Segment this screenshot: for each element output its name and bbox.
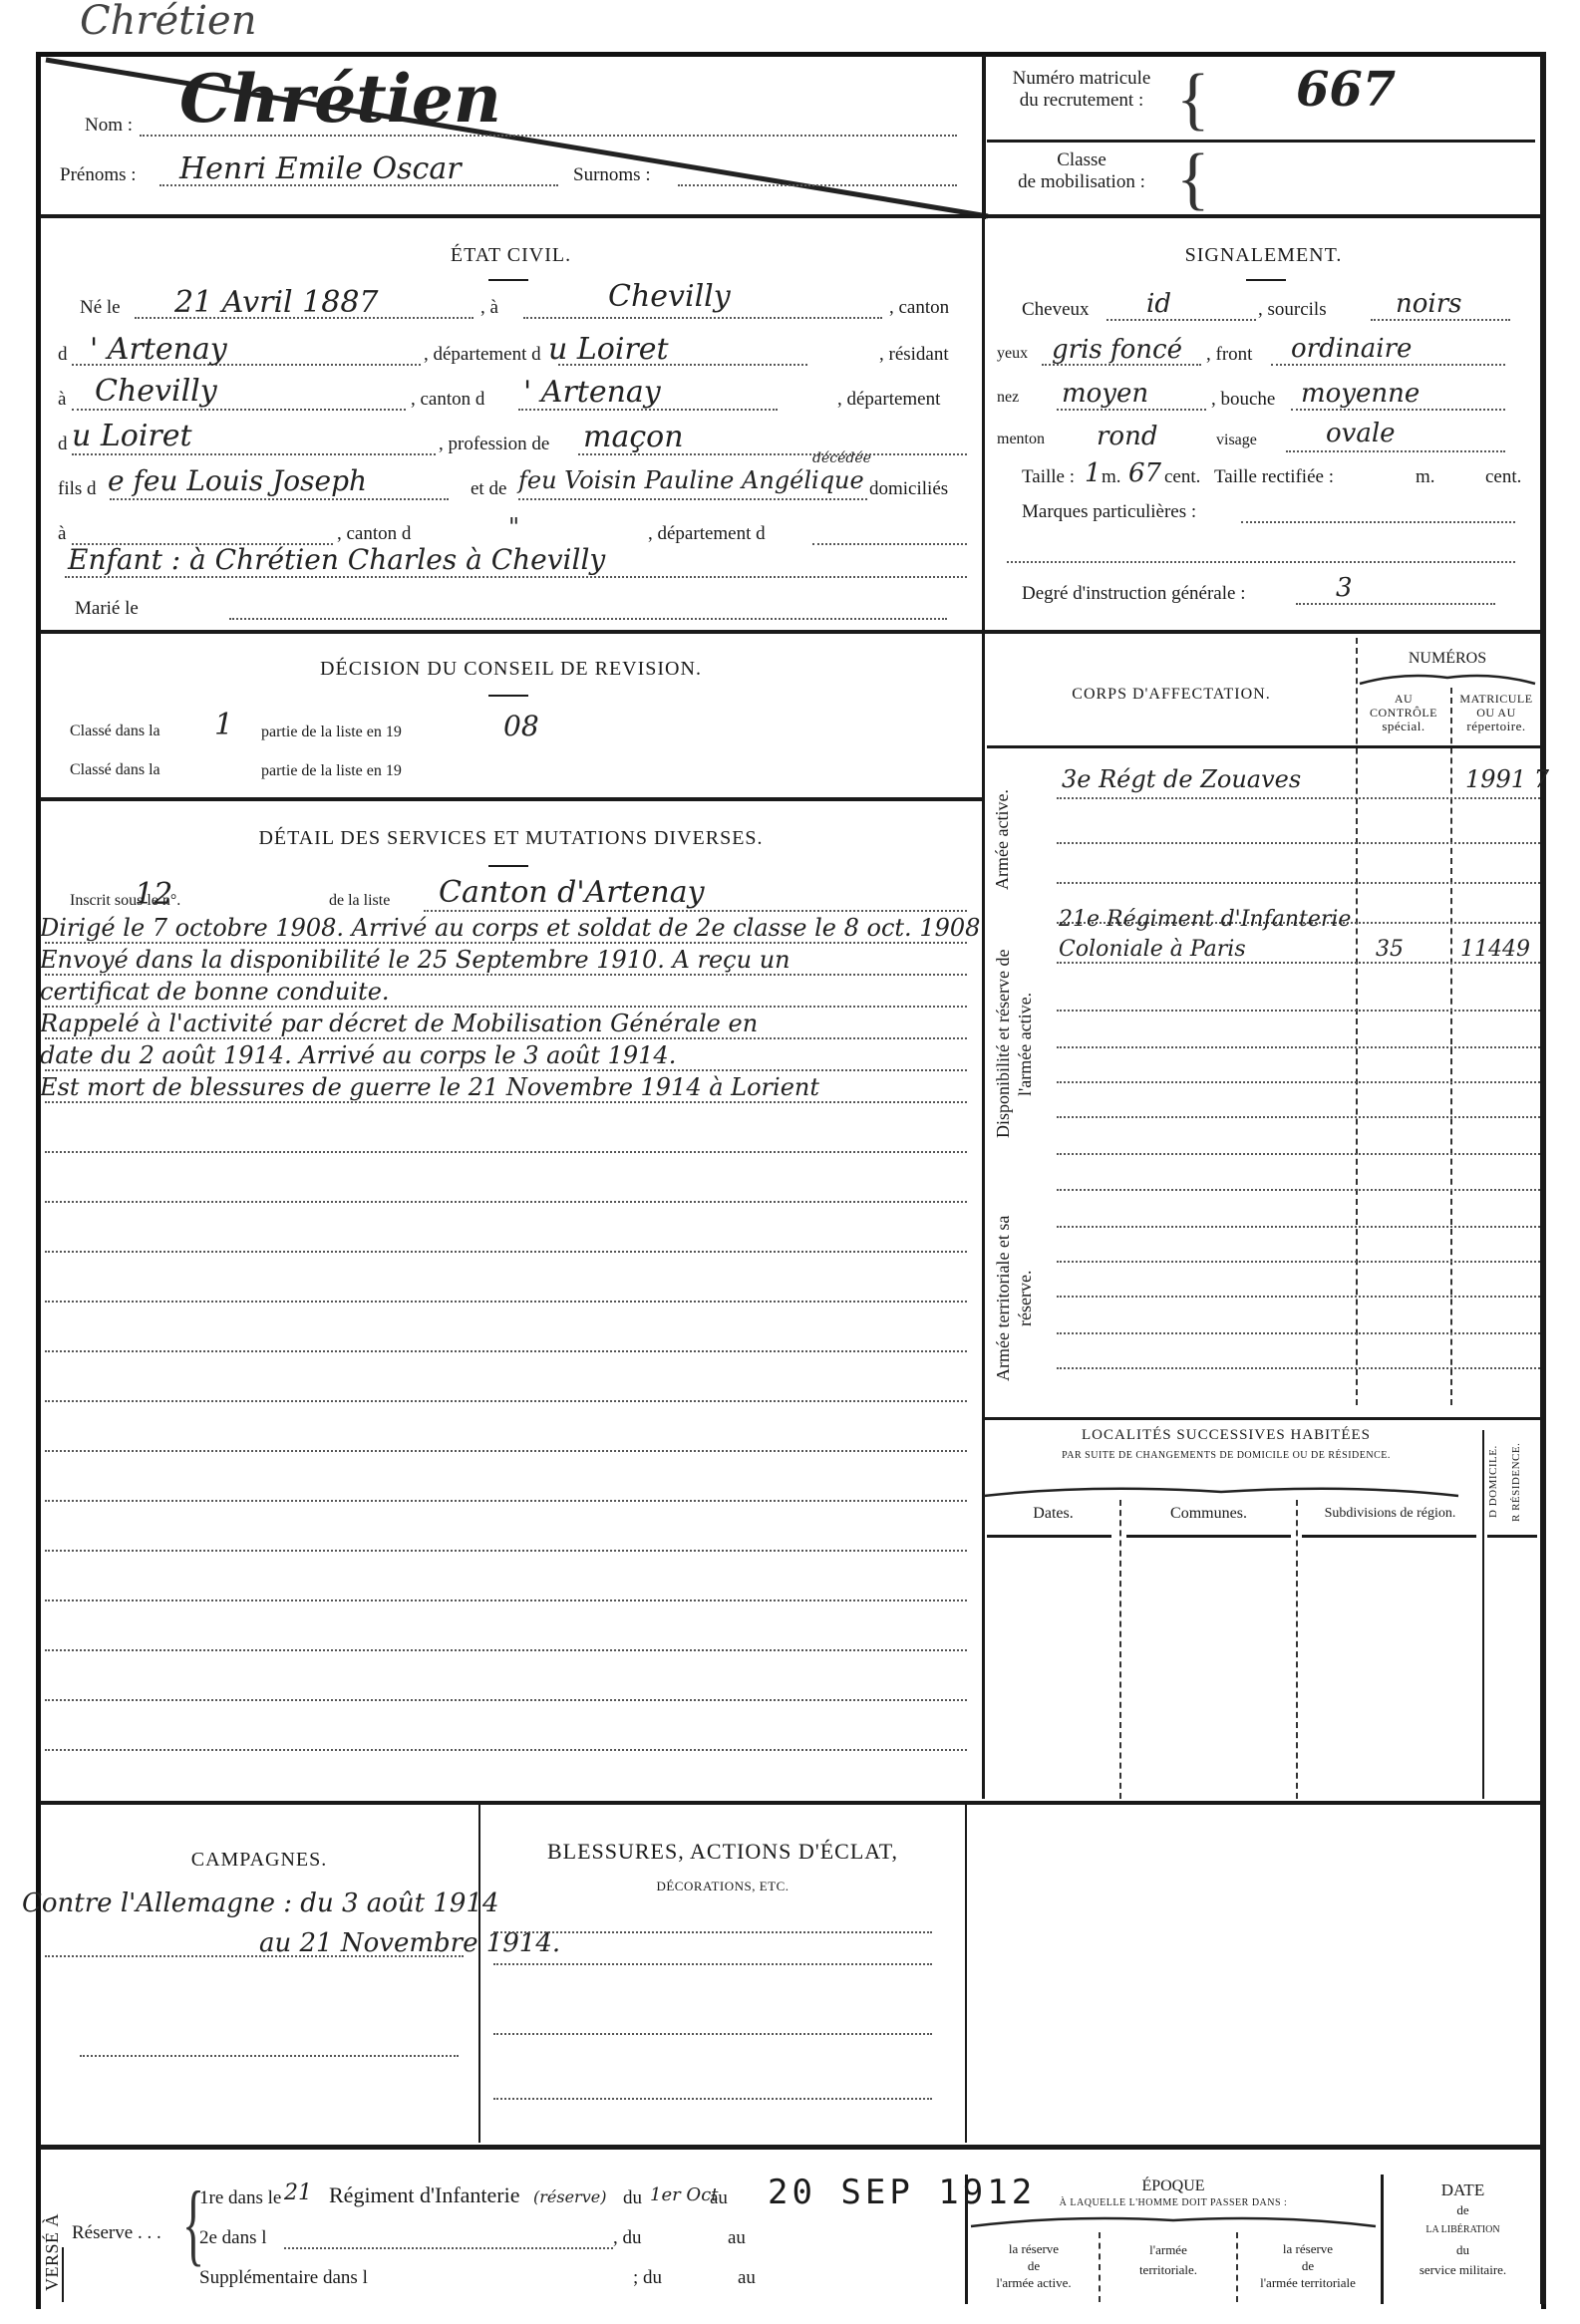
col-divider bbox=[1296, 1500, 1298, 1799]
section-divider bbox=[985, 1417, 1540, 1420]
canton3-label: , canton d bbox=[337, 523, 411, 545]
mere-note: décédée bbox=[812, 450, 871, 466]
brace-icon: { bbox=[182, 2171, 204, 2276]
bouche-value: moyenne bbox=[1301, 379, 1420, 409]
service-line: Rappelé à l'activité par décret de Mobil… bbox=[40, 1008, 977, 1039]
col-matricule-header: MATRICULEOU AUrépertoire. bbox=[1452, 692, 1540, 733]
a-label: , à bbox=[480, 297, 498, 319]
nom-label: Nom : bbox=[85, 115, 133, 137]
campagnes-title: CAMPAGNES. bbox=[40, 1849, 478, 1872]
row1-note: (réserve) bbox=[533, 2187, 606, 2206]
field-line bbox=[1296, 603, 1495, 605]
row1-num: 21 bbox=[284, 2180, 312, 2205]
section-divider bbox=[40, 214, 1540, 218]
corps-entry: Coloniale à Paris bbox=[1059, 937, 1246, 962]
liste-value: Canton d'Artenay bbox=[439, 875, 705, 910]
canton-prefix: d bbox=[58, 344, 68, 366]
dep2-prefix: d bbox=[58, 434, 68, 455]
field-line bbox=[1286, 450, 1505, 452]
col-divider bbox=[1119, 1500, 1121, 1799]
field-line bbox=[1007, 561, 1515, 563]
cheveux-value: id bbox=[1146, 289, 1171, 319]
taille-cent-label: cent. bbox=[1164, 466, 1200, 488]
group-territoriale: Armée territoriale et sa réserve. bbox=[992, 1206, 1042, 1390]
epoque-col-reserve-territoriale: la réservedel'armée territoriale bbox=[1238, 2240, 1378, 2291]
brace-icon: { bbox=[1176, 60, 1210, 140]
field-line bbox=[1106, 319, 1256, 321]
epoque-col-territoriale: l'arméeterritoriale. bbox=[1101, 2240, 1236, 2280]
profession-label: , profession de bbox=[439, 434, 549, 455]
campagne-line: Contre l'Allemagne : du 3 août 1914 bbox=[22, 1888, 499, 1918]
service-line: Envoyé dans la disponibilité le 25 Septe… bbox=[40, 944, 977, 976]
blessures-title: BLESSURES, ACTIONS D'ÉCLAT, bbox=[483, 1839, 962, 1865]
numeros-title: NUMÉROS bbox=[1358, 650, 1537, 668]
fils-label: fils d bbox=[58, 478, 97, 500]
col-divider bbox=[1381, 2175, 1384, 2304]
col-communes-header: Communes. bbox=[1121, 1505, 1296, 1523]
title-underline bbox=[488, 695, 528, 697]
cheveux-label: Cheveux bbox=[1022, 299, 1090, 321]
section-divider bbox=[40, 2145, 1540, 2150]
field-line bbox=[72, 409, 406, 411]
title-underline bbox=[488, 865, 528, 867]
canton2-value: ' Artenay bbox=[523, 375, 661, 410]
localites-subtitle: PAR SUITE DE CHANGEMENTS DE DOMICILE OU … bbox=[987, 1450, 1465, 1461]
sourcils-value: noirs bbox=[1396, 289, 1462, 319]
row2-au: au bbox=[728, 2227, 746, 2249]
col-divider bbox=[478, 1804, 480, 2143]
right-frame-edge bbox=[1540, 52, 1546, 2304]
col-residence-header: R RÉSIDENCE. bbox=[1510, 1427, 1530, 1537]
verse-label: VERSÉ À bbox=[42, 2212, 60, 2292]
row1-regiment: Régiment d'Infanterie bbox=[329, 2182, 520, 2208]
sourcils-label: , sourcils bbox=[1258, 299, 1327, 321]
instruction-label: Degré d'instruction générale : bbox=[1022, 583, 1245, 605]
services-title: DÉTAIL DES SERVICES ET MUTATIONS DIVERSE… bbox=[40, 827, 982, 850]
header-divider bbox=[982, 55, 986, 219]
taille-rectifiee-cent: cent. bbox=[1485, 466, 1521, 488]
corps-title: CORPS D'AFFECTATION. bbox=[987, 686, 1356, 704]
title-underline bbox=[1246, 279, 1286, 281]
instruction-value: 3 bbox=[1336, 573, 1353, 603]
localites-title: LOCALITÉS SUCCESSIVES HABITÉES bbox=[987, 1427, 1465, 1444]
decision-title: DÉCISION DU CONSEIL DE REVISION. bbox=[40, 658, 982, 681]
nom-value: Chrétien bbox=[179, 60, 501, 138]
section-divider bbox=[40, 797, 982, 801]
header-box-divider bbox=[987, 140, 1535, 143]
row1-du-value: 1er Oct bbox=[650, 2184, 719, 2205]
matricule-label: Numéro matricule du recrutement : bbox=[992, 68, 1171, 112]
title-underline bbox=[488, 279, 528, 281]
yeux-label: yeux bbox=[997, 345, 1028, 363]
residant-value: Chevilly bbox=[95, 374, 217, 409]
col-divider bbox=[965, 2175, 968, 2304]
dom-prefix: à bbox=[58, 523, 66, 545]
field-line bbox=[110, 498, 449, 500]
front-label: , front bbox=[1206, 344, 1252, 366]
taille-cent-value: 67 bbox=[1128, 458, 1161, 488]
brace-icon bbox=[969, 2212, 1378, 2228]
canton-label: , canton bbox=[889, 297, 949, 319]
matricule-entry: 11449 bbox=[1460, 937, 1530, 962]
brace-icon bbox=[982, 1482, 1460, 1498]
departement2-label: , département bbox=[837, 389, 940, 411]
classe-row1-year: 08 bbox=[503, 710, 539, 742]
surnoms-label: Surnoms : bbox=[573, 164, 651, 186]
nez-label: nez bbox=[997, 389, 1019, 407]
ne-le-label: Né le bbox=[80, 297, 121, 319]
departement-label: , département d bbox=[424, 344, 541, 366]
brace-icon: { bbox=[1176, 140, 1210, 219]
taille-m-value: 1 bbox=[1085, 458, 1102, 488]
domicilies-label: domiciliés bbox=[869, 478, 948, 500]
prenoms-label: Prénoms : bbox=[60, 164, 137, 186]
group-disponibilite: Disponibilité et réserve de l'armée acti… bbox=[992, 922, 1042, 1166]
epoque-col-reserve-active: la réservedel'armée active. bbox=[969, 2240, 1099, 2291]
departement-value: u Loiret bbox=[548, 332, 669, 367]
epoque-title: ÉPOQUE bbox=[969, 2178, 1378, 2195]
row3-au: au bbox=[738, 2267, 756, 2289]
field-line bbox=[1271, 364, 1505, 366]
row3-label: Supplémentaire dans l bbox=[199, 2267, 368, 2289]
menton-value: rond bbox=[1097, 422, 1157, 451]
classe-row1-partie: 1 bbox=[214, 708, 233, 742]
field-line bbox=[229, 618, 947, 620]
field-line bbox=[1371, 319, 1510, 321]
ne-le-value: 21 Avril 1887 bbox=[174, 285, 379, 320]
margin-note: Chrétien bbox=[80, 0, 256, 44]
classe-row1-label: Classé dans la bbox=[70, 723, 160, 740]
taille-label: Taille : bbox=[1022, 466, 1075, 488]
classe-label: Classe de mobilisation : bbox=[992, 149, 1171, 193]
marques-label: Marques particulières : bbox=[1022, 501, 1196, 523]
epoque-subtitle: À LAQUELLE L'HOMME DOIT PASSER DANS : bbox=[969, 2197, 1378, 2208]
residant-prefix: à bbox=[58, 389, 66, 411]
menton-label: menton bbox=[997, 431, 1045, 448]
row2-label: 2e dans l bbox=[199, 2227, 267, 2249]
departement2-value: u Loiret bbox=[72, 419, 192, 453]
field-line bbox=[523, 317, 882, 319]
date-liberation: DATE de LA LIBÉRATION du service militai… bbox=[1386, 2180, 1540, 2280]
mere-label: et de bbox=[471, 478, 506, 500]
services-text: Dirigé le 7 octobre 1908. Arrivé au corp… bbox=[40, 912, 977, 1103]
visage-value: ovale bbox=[1326, 419, 1396, 448]
header-rule bbox=[987, 745, 1540, 748]
field-line bbox=[518, 498, 867, 500]
signalement-title: SIGNALEMENT. bbox=[987, 244, 1540, 267]
col-divider bbox=[965, 1804, 967, 2143]
bouche-label: , bouche bbox=[1211, 389, 1275, 411]
column-divider bbox=[982, 214, 985, 1799]
pere-value: e feu Louis Joseph bbox=[108, 464, 367, 497]
classe-row1-label-b: partie de la liste en 19 bbox=[261, 724, 402, 741]
row1-label: 1re dans le bbox=[199, 2187, 281, 2209]
mere-value: feu Voisin Pauline Angélique bbox=[518, 466, 864, 494]
reserve-label: Réserve . . . bbox=[72, 2222, 161, 2244]
row1-du: du bbox=[623, 2187, 642, 2209]
col-domicile-header: D DOMICILE. bbox=[1487, 1427, 1507, 1537]
etat-civil-title: ÉTAT CIVIL. bbox=[40, 244, 982, 267]
profession-value: maçon bbox=[583, 420, 684, 454]
section-divider bbox=[40, 1801, 1540, 1805]
col-subdivisions-header: Subdivisions de région. bbox=[1298, 1506, 1482, 1522]
section-divider bbox=[40, 630, 1540, 634]
col-controle-header: AUCONTRÔLEspécial. bbox=[1358, 692, 1449, 733]
corps-entry: 3e Régt de Zouaves bbox=[1062, 765, 1301, 793]
corps-entry: 21e Régiment d'Infanterie bbox=[1059, 907, 1351, 932]
col-divider bbox=[1356, 638, 1358, 1405]
field-line bbox=[65, 576, 967, 578]
classe-row2-label: Classé dans la bbox=[70, 761, 160, 779]
service-line: Est mort de blessures de guerre le 21 No… bbox=[40, 1071, 977, 1103]
service-line: certificat de bonne conduite. bbox=[40, 976, 977, 1008]
lieu-naissance-value: Chevilly bbox=[608, 279, 731, 314]
yeux-value: gris foncé bbox=[1052, 335, 1182, 365]
tuteur-line: Enfant : à Chrétien Charles à Chevilly bbox=[68, 543, 605, 576]
taille-m-label: m. bbox=[1102, 466, 1121, 488]
field-line bbox=[1291, 409, 1505, 411]
row1-au: au bbox=[710, 2187, 728, 2209]
brace-icon bbox=[1358, 670, 1537, 686]
matricule-entry: 1991 7 bbox=[1465, 765, 1549, 793]
surnoms-line bbox=[678, 184, 957, 186]
group-armee-active: Armée active. bbox=[992, 757, 1032, 922]
service-line: date du 2 août 1914. Arrivé au corps le … bbox=[40, 1039, 977, 1071]
field-line bbox=[1241, 521, 1515, 523]
controle-entry: 35 bbox=[1376, 937, 1404, 962]
canton3-value: " bbox=[508, 513, 519, 541]
row2-du: , du bbox=[613, 2227, 642, 2249]
row3-du: ; du bbox=[633, 2267, 662, 2289]
col-dates-header: Dates. bbox=[987, 1505, 1119, 1523]
liste-label: de la liste bbox=[329, 892, 390, 910]
front-value: ordinaire bbox=[1291, 334, 1412, 364]
visage-label: visage bbox=[1216, 432, 1257, 449]
field-line bbox=[812, 543, 967, 545]
service-line: Dirigé le 7 octobre 1908. Arrivé au corp… bbox=[40, 912, 977, 944]
canton-value: ' Artenay bbox=[90, 332, 227, 367]
taille-rectifiee-label: Taille rectifiée : bbox=[1214, 466, 1334, 488]
taille-rectifiee-m: m. bbox=[1416, 466, 1435, 488]
classe-row2-label-b: partie de la liste en 19 bbox=[261, 762, 402, 780]
departement3-label: , département d bbox=[648, 523, 766, 545]
col-divider bbox=[1482, 1430, 1484, 1799]
field-line bbox=[72, 453, 436, 455]
canton2-label: , canton d bbox=[411, 389, 484, 411]
blessures-subtitle: DÉCORATIONS, ETC. bbox=[483, 1879, 962, 1894]
field-line bbox=[1057, 409, 1206, 411]
matricule-value: 667 bbox=[1296, 62, 1396, 118]
marie-label: Marié le bbox=[75, 598, 139, 620]
nez-value: moyen bbox=[1062, 379, 1148, 409]
residant-label: , résidant bbox=[879, 344, 949, 366]
prenoms-value: Henri Emile Oscar bbox=[179, 151, 462, 186]
inscrit-num: 12 bbox=[135, 877, 172, 912]
